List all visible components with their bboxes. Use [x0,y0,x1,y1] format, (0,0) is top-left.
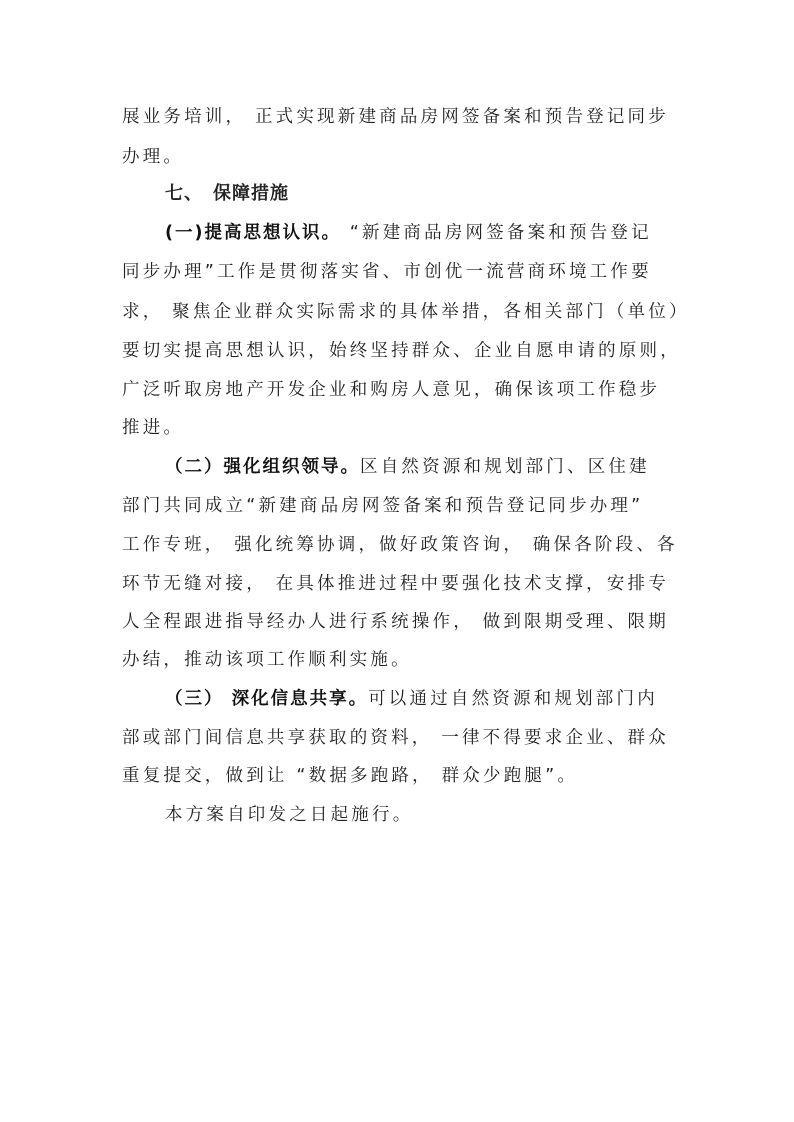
item1-first-line: (一)提高思想认识。 “新建商品房网签备案和预告登记 [165,218,725,248]
paragraph-line: 要切实提高思想认识，始终坚持群众、企业自愿申请的原则， [122,336,682,366]
paragraph-line: 人全程跟进指导经办人进行系统操作， 做到限期受理、限期 [122,607,682,637]
document-page: 展业务培训， 正式实现新建商品房网签备案和预告登记同步 办理。 七、保障措施 (… [0,0,794,1122]
section-heading: 七、保障措施 [165,179,725,209]
item3-text: 可以通过自然资源和规划部门内 [368,689,658,709]
item2-label: （二）强化组织领导。 [165,457,360,477]
item2-first-line: （二）强化组织领导。区自然资源和规划部门、区住建 [165,452,725,482]
paragraph-line: 部或部门间信息共享获取的资料， 一律不得要求企业、群众 [122,723,682,753]
paragraph-line: 推进。 [122,413,682,443]
item3-first-line: （三） 深化信息共享。可以通过自然资源和规划部门内 [165,684,725,714]
section-title: 保障措施 [213,183,289,204]
paragraph-line: 求， 聚焦企业群众实际需求的具体举措，各相关部门（单位） [122,297,682,327]
closing-statement: 本方案自印发之日起施行。 [165,800,725,830]
paragraph-line: 同步办理”工作是贯彻落实省、市创优一流营商环境工作要 [122,257,682,287]
paragraph-line: 展业务培训， 正式实现新建商品房网签备案和预告登记同步 [122,102,682,132]
item1-label: (一)提高思想认识。 [165,223,341,243]
paragraph-line: 部门共同成立“新建商品房网签备案和预告登记同步办理” [122,491,682,521]
paragraph-line: 重复提交，做到让 “数据多跑路， 群众少跑腿”。 [122,761,682,791]
section-number: 七、 [165,183,203,204]
paragraph-line: 工作专班， 强化统筹协调，做好政策咨询， 确保各阶段、各 [122,530,682,560]
item1-text: “新建商品房网签备案和预告登记 [341,223,652,243]
paragraph-line: 环节无缝对接， 在具体推进过程中要强化技术支撑，安排专 [122,569,682,599]
paragraph-line: 办结，推动该项工作顺利实施。 [122,645,682,675]
item3-label: （三） 深化信息共享。 [165,689,368,709]
paragraph-line: 广泛听取房地产开发企业和购房人意见，确保该项工作稳步 [122,375,682,405]
paragraph-line: 办理。 [122,142,682,172]
item2-text: 区自然资源和规划部门、区住建 [360,457,650,477]
